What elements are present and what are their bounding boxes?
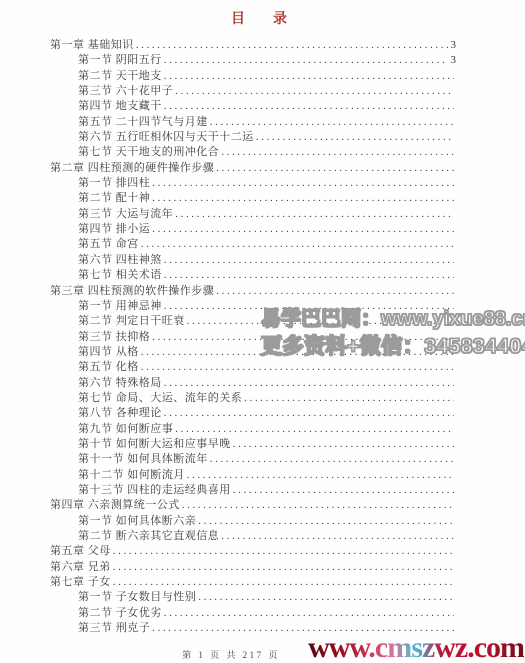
toc-entry-label: 第三节 扶抑格 — [78, 328, 150, 344]
toc-entry-label: 第七章 子女 — [50, 573, 111, 589]
dot-leader — [152, 192, 454, 204]
toc-entry-section: 第二节 天干地支 — [50, 67, 456, 82]
toc-entry-label: 第二章 四柱预测的硬件操作步骤 — [50, 159, 214, 175]
dot-leader — [164, 54, 448, 66]
toc-entry-label: 第六节 特殊格局 — [78, 374, 162, 390]
toc-entry-label: 第二节 断六亲其它直观信息 — [78, 527, 219, 543]
toc-entry-label: 第十节 如何断大运和应事早晚 — [78, 435, 231, 451]
dot-leader — [164, 377, 454, 389]
dot-leader — [187, 469, 454, 481]
toc-entry-label: 第六节 五行旺相休囚与天干十二运 — [78, 128, 254, 144]
dot-leader — [136, 39, 448, 51]
dot-leader — [152, 177, 454, 189]
toc-entry-section: 第四节 地支藏干 — [50, 97, 456, 112]
toc-entry-section: 第十二节 如何断流月 — [50, 466, 456, 481]
watermark-site: 易学巴巴网：www.yixue88.cn — [261, 302, 525, 331]
dot-leader — [233, 438, 454, 450]
toc-entry-section: 第七节 天干地支的刑冲化合 — [50, 143, 456, 158]
toc-entry-section: 第二节 断六亲其它直观信息 — [50, 527, 456, 542]
dot-leader — [233, 484, 454, 496]
toc-entry-chapter: 第二章 四柱预测的硬件操作步骤 — [50, 159, 456, 174]
toc-entry-label: 第一章 基础知识 — [50, 36, 134, 52]
toc-entry-section: 第二节 子女优劣 — [50, 604, 456, 619]
toc-entry-section: 第六节 五行旺相休囚与天干十二运 — [50, 128, 456, 143]
dot-leader — [198, 515, 454, 527]
toc-entry-label: 第十一节 如何具体断流年 — [78, 450, 208, 466]
toc-entry-label: 第二节 判定日干旺衰 — [78, 312, 185, 328]
toc-entry-section: 第一节 子女数目与性别 — [50, 588, 456, 603]
toc-entry-label: 第一节 如何具体断六亲 — [78, 512, 196, 528]
toc-entry-label: 第三节 大运与流年 — [78, 205, 173, 221]
toc-entry-label: 第四章 六亲测算统一公式 — [50, 496, 180, 512]
toc-entry-label: 第三章 四柱预测的软件操作步骤 — [50, 282, 214, 298]
dot-leader — [152, 223, 454, 235]
toc-entry-label: 第四节 从格 — [78, 343, 139, 359]
dot-leader — [210, 453, 454, 465]
toc-entry-chapter: 第五章 父母 — [50, 542, 456, 557]
toc-entry-chapter: 第六章 兄弟 — [50, 558, 456, 573]
dot-leader — [164, 70, 454, 82]
toc-entry-label: 第一节 阴阳五行 — [78, 51, 162, 67]
toc-entry-label: 第二节 配十神 — [78, 189, 150, 205]
toc-entry-section: 第三节 大运与流年 — [50, 205, 456, 220]
toc-entry-section: 第一节 阴阳五行3 — [50, 51, 456, 66]
dot-leader — [164, 100, 454, 112]
toc-entry-label: 第三节 六十花甲子 — [78, 82, 173, 98]
toc-entry-section: 第六节 特殊格局 — [50, 374, 456, 389]
toc-entry-label: 第五节 二十四节气与月建 — [78, 113, 208, 129]
toc-entry-label: 第四节 地支藏干 — [78, 97, 162, 113]
toc-entry-label: 第十三节 四柱的走运经典喜用 — [78, 481, 231, 497]
dot-leader — [244, 392, 454, 404]
toc-entry-chapter: 第七章 子女 — [50, 573, 456, 588]
toc-entry-page-number: 3 — [450, 39, 456, 51]
dot-leader — [175, 423, 454, 435]
dot-leader — [164, 607, 454, 619]
dot-leader — [210, 116, 454, 128]
toc-entry-section: 第十三节 四柱的走运经典喜用 — [50, 481, 456, 496]
watermark-bottom-url: www.cmszwz.com — [308, 633, 524, 663]
dot-leader — [175, 208, 454, 220]
toc-entry-label: 第三节 刑克子 — [78, 619, 150, 635]
toc-entry-label: 第一节 子女数目与性别 — [78, 588, 196, 604]
toc-entry-section: 第五节 二十四节气与月建 — [50, 113, 456, 128]
dot-leader — [141, 361, 454, 373]
toc-entry-label: 第二节 天干地支 — [78, 67, 162, 83]
toc-entry-label: 第九节 如何断应事 — [78, 420, 173, 436]
toc-entry-label: 第十二节 如何断流月 — [78, 466, 185, 482]
toc-entry-label: 第六节 四柱神煞 — [78, 251, 162, 267]
toc-entry-section: 第一节 排四柱 — [50, 174, 456, 189]
toc-entry-section: 第二节 配十神 — [50, 189, 456, 204]
dot-leader — [221, 146, 454, 158]
dot-leader — [175, 85, 454, 97]
toc-entry-label: 第五章 父母 — [50, 542, 111, 558]
toc-entry-label: 第一节 用神忌神 — [78, 297, 162, 313]
toc-entry-section: 第四节 排小运 — [50, 220, 456, 235]
watermark-wechat: 更多资料+微信：3458344044 — [261, 330, 525, 360]
toc-entry-section: 第九节 如何断应事 — [50, 420, 456, 435]
toc-entry-section: 第八节 各种理论 — [50, 404, 456, 419]
dot-leader — [164, 254, 454, 266]
toc-entry-label: 第七节 命局、大运、流年的关系 — [78, 389, 242, 405]
dot-leader — [113, 561, 454, 573]
dot-leader — [198, 591, 454, 603]
dot-leader — [216, 162, 454, 174]
toc-entry-chapter: 第四章 六亲测算统一公式 — [50, 496, 456, 511]
toc-entry-section: 第七节 相关术语 — [50, 266, 456, 281]
dot-leader — [164, 407, 454, 419]
toc-entry-section: 第六节 四柱神煞 — [50, 251, 456, 266]
toc-entry-label: 第八节 各种理论 — [78, 404, 162, 420]
dot-leader — [141, 238, 454, 250]
scanned-toc-page: { "page": { "title": "目 录", "footer": "第… — [0, 0, 525, 663]
dot-leader — [113, 576, 454, 588]
dot-leader — [182, 499, 454, 511]
toc-entry-section: 第五节 化格 — [50, 358, 456, 373]
toc-entry-section: 第十一节 如何具体断流年 — [50, 450, 456, 465]
toc-entry-label: 第七节 相关术语 — [78, 266, 162, 282]
toc-entry-label: 第二节 子女优劣 — [78, 604, 162, 620]
toc-entry-label: 第五节 命宫 — [78, 235, 139, 251]
dot-leader — [216, 285, 454, 297]
toc-entry-section: 第十节 如何断大运和应事早晚 — [50, 435, 456, 450]
dot-leader — [221, 530, 454, 542]
toc-entry-section: 第五节 命宫 — [50, 235, 456, 250]
toc-entry-chapter: 第三章 四柱预测的软件操作步骤 — [50, 282, 456, 297]
toc-entry-section: 第三节 六十花甲子 — [50, 82, 456, 97]
dot-leader — [164, 269, 454, 281]
toc-entry-page-number: 3 — [450, 54, 456, 66]
toc-entry-chapter: 第一章 基础知识3 — [50, 36, 456, 51]
toc-entry-section: 第一节 如何具体断六亲 — [50, 512, 456, 527]
dot-leader — [113, 545, 454, 557]
toc-entry-label: 第六章 兄弟 — [50, 558, 111, 574]
dot-leader — [256, 131, 454, 143]
toc-entry-label: 第四节 排小运 — [78, 220, 150, 236]
toc-entry-label: 第七节 天干地支的刑冲化合 — [78, 143, 219, 159]
toc-entry-section: 第七节 命局、大运、流年的关系 — [50, 389, 456, 404]
toc-entry-label: 第五节 化格 — [78, 358, 139, 374]
page-title: 目 录 — [0, 8, 525, 28]
toc-entry-label: 第一节 排四柱 — [78, 174, 150, 190]
